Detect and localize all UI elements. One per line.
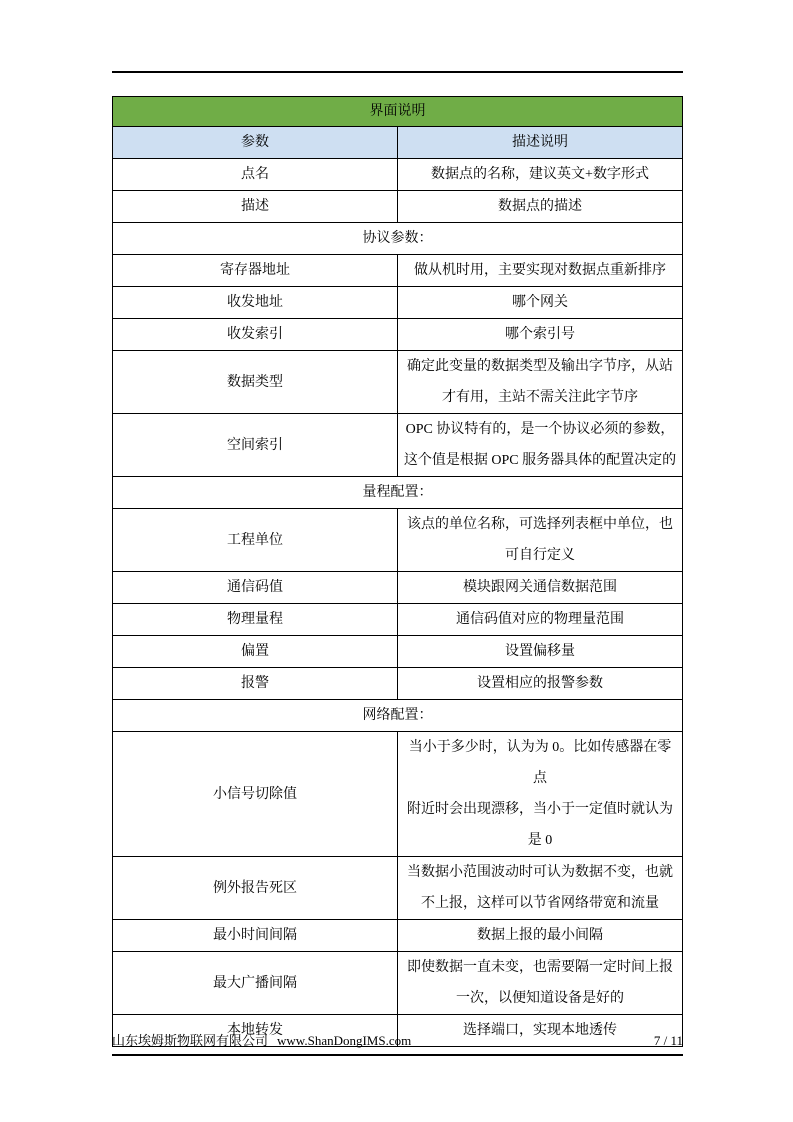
- table-row: 最大广播间隔即使数据一直未变，也需要隔一定时间上报 一次，以便知道设备是好的: [113, 952, 683, 1015]
- param-cell: 小信号切除值: [113, 732, 398, 857]
- interface-description-table: 界面说明 参数 描述说明 点名数据点的名称，建议英文+数字形式描述数据点的描述协…: [112, 96, 683, 1047]
- table-row: 收发地址哪个网关: [113, 287, 683, 319]
- section-label: 协议参数：: [113, 223, 683, 255]
- table-row: 物理量程通信码值对应的物理量范围: [113, 604, 683, 636]
- page-footer: 山东埃姆斯物联网有限公司 www.ShanDongIMS.com 7 / 11: [112, 1030, 683, 1056]
- param-cell: 空间索引: [113, 414, 398, 477]
- param-cell: 通信码值: [113, 572, 398, 604]
- table-row: 通信码值模块跟网关通信数据范围: [113, 572, 683, 604]
- param-cell: 收发索引: [113, 319, 398, 351]
- table-row: 空间索引OPC 协议特有的，是一个协议必须的参数， 这个值是根据 OPC 服务器…: [113, 414, 683, 477]
- footer-website: www.ShanDongIMS.com: [277, 1033, 411, 1049]
- table-row: 偏置设置偏移量: [113, 636, 683, 668]
- desc-cell: 通信码值对应的物理量范围: [398, 604, 683, 636]
- desc-cell: 即使数据一直未变，也需要隔一定时间上报 一次，以便知道设备是好的: [398, 952, 683, 1015]
- param-cell: 偏置: [113, 636, 398, 668]
- param-cell: 最大广播间隔: [113, 952, 398, 1015]
- desc-cell: 哪个网关: [398, 287, 683, 319]
- param-cell: 描述: [113, 191, 398, 223]
- footer-left: 山东埃姆斯物联网有限公司 www.ShanDongIMS.com: [112, 1030, 411, 1049]
- param-cell: 例外报告死区: [113, 857, 398, 920]
- desc-cell: 哪个索引号: [398, 319, 683, 351]
- param-cell: 点名: [113, 159, 398, 191]
- section-row: 量程配置：: [113, 477, 683, 509]
- table-row: 数据类型确定此变量的数据类型及输出字节序，从站 才有用，主站不需关注此字节序: [113, 351, 683, 414]
- section-label: 量程配置：: [113, 477, 683, 509]
- section-label: 网络配置：: [113, 700, 683, 732]
- table-row: 描述数据点的描述: [113, 191, 683, 223]
- param-cell: 最小时间间隔: [113, 920, 398, 952]
- column-header-desc: 描述说明: [398, 127, 683, 159]
- header-rule: [112, 71, 683, 73]
- table-row: 点名数据点的名称，建议英文+数字形式: [113, 159, 683, 191]
- column-header-param: 参数: [113, 127, 398, 159]
- document-page: 界面说明 参数 描述说明 点名数据点的名称，建议英文+数字形式描述数据点的描述协…: [0, 0, 793, 1122]
- desc-cell: 当小于多少时，认为为 0。比如传感器在零点 附近时会出现漂移，当小于一定值时就认…: [398, 732, 683, 857]
- table-row: 报警设置相应的报警参数: [113, 668, 683, 700]
- desc-cell: OPC 协议特有的，是一个协议必须的参数， 这个值是根据 OPC 服务器具体的配…: [398, 414, 683, 477]
- table-title: 界面说明: [113, 97, 683, 127]
- table-row: 小信号切除值当小于多少时，认为为 0。比如传感器在零点 附近时会出现漂移，当小于…: [113, 732, 683, 857]
- desc-cell: 数据上报的最小间隔: [398, 920, 683, 952]
- desc-cell: 设置偏移量: [398, 636, 683, 668]
- table-row: 工程单位该点的单位名称，可选择列表框中单位，也 可自行定义: [113, 509, 683, 572]
- section-row: 网络配置：: [113, 700, 683, 732]
- param-cell: 报警: [113, 668, 398, 700]
- table-title-row: 界面说明: [113, 97, 683, 127]
- desc-cell: 数据点的名称，建议英文+数字形式: [398, 159, 683, 191]
- param-cell: 收发地址: [113, 287, 398, 319]
- footer-company: 山东埃姆斯物联网有限公司: [112, 1030, 268, 1049]
- desc-cell: 设置相应的报警参数: [398, 668, 683, 700]
- table-row: 寄存器地址做从机时用，主要实现对数据点重新排序: [113, 255, 683, 287]
- param-cell: 工程单位: [113, 509, 398, 572]
- desc-cell: 当数据小范围波动时可认为数据不变，也就 不上报，这样可以节省网络带宽和流量: [398, 857, 683, 920]
- table-row: 例外报告死区当数据小范围波动时可认为数据不变，也就 不上报，这样可以节省网络带宽…: [113, 857, 683, 920]
- column-header-row: 参数 描述说明: [113, 127, 683, 159]
- desc-cell: 做从机时用，主要实现对数据点重新排序: [398, 255, 683, 287]
- section-row: 协议参数：: [113, 223, 683, 255]
- table-row: 收发索引哪个索引号: [113, 319, 683, 351]
- param-cell: 物理量程: [113, 604, 398, 636]
- param-cell: 数据类型: [113, 351, 398, 414]
- desc-cell: 确定此变量的数据类型及输出字节序，从站 才有用，主站不需关注此字节序: [398, 351, 683, 414]
- desc-cell: 数据点的描述: [398, 191, 683, 223]
- desc-cell: 该点的单位名称，可选择列表框中单位，也 可自行定义: [398, 509, 683, 572]
- footer-page-number: 7 / 11: [654, 1033, 683, 1049]
- param-cell: 寄存器地址: [113, 255, 398, 287]
- desc-cell: 模块跟网关通信数据范围: [398, 572, 683, 604]
- table-body: 点名数据点的名称，建议英文+数字形式描述数据点的描述协议参数：寄存器地址做从机时…: [113, 159, 683, 1047]
- table-row: 最小时间间隔数据上报的最小间隔: [113, 920, 683, 952]
